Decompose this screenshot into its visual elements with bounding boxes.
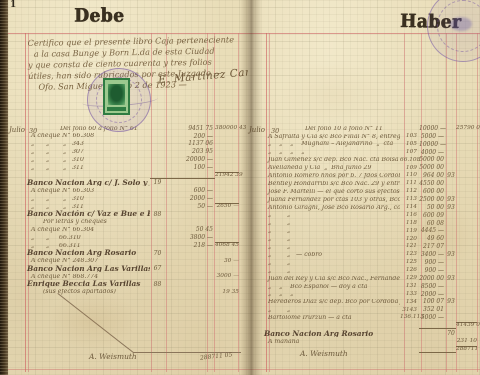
row-cheque-ref: 116 bbox=[400, 213, 419, 219]
row-cheque-ref: 105 bbox=[400, 142, 419, 148]
row-description: „ „ „ „ bbox=[248, 149, 400, 155]
row-amount: 50 45 bbox=[165, 227, 215, 233]
row-total: 41439 09 bbox=[456, 322, 477, 329]
ledger-row: „ „ „ Mugnani – Alejandrino „ cta 105 10… bbox=[248, 140, 480, 148]
ledger-row: A cheque N° 248.307 30 — bbox=[8, 257, 248, 265]
row-amount: 5000 00 bbox=[419, 157, 446, 163]
folio-number: 1 bbox=[10, 0, 16, 10]
ledger-row: Antonio Giraghi, José Bco Rosario Arg., … bbox=[248, 203, 480, 211]
row-amount: 4550 00 bbox=[419, 181, 446, 187]
row-amount: 3800 — bbox=[165, 235, 215, 241]
row-description: „ „ bbox=[248, 260, 400, 266]
row-folio-ref: 93 bbox=[446, 299, 456, 305]
ledger-row: Bentley Hondarribi s/c Bco Nac. 29 y ent… bbox=[248, 179, 480, 187]
row-description: „ „ „ 307 bbox=[8, 149, 150, 155]
row-description: „ „ bbox=[248, 228, 400, 234]
row-description: A cheque N° 66.308 bbox=[8, 133, 150, 139]
row-cheque-ref: 112 bbox=[400, 189, 419, 195]
row-description: Bentley Hondarribi s/c Bco Nac. 29 y ent… bbox=[248, 181, 400, 187]
row-total: 30 — bbox=[215, 259, 239, 265]
ledger-row: Herederos Díaz s/c dep. Bco por Córdoba … bbox=[248, 298, 480, 306]
row-amount: 2000 — bbox=[419, 292, 446, 298]
row-description: „ „ bbox=[248, 236, 400, 242]
ledger-row: Del folio 10 a folio N° 11 10000 — 25790… bbox=[248, 124, 480, 132]
ledger-row: Banco Nacion Arg Las Varillas 67 bbox=[8, 264, 248, 272]
row-cheque-ref: 136.113 bbox=[400, 315, 419, 321]
row-cheque-ref: 133 bbox=[400, 292, 419, 298]
ledger-row: Juana Fernández por ctas 103 y otras, Bc… bbox=[248, 195, 480, 203]
row-amount: 900 — bbox=[419, 268, 446, 274]
row-description: „ „ bbox=[248, 220, 400, 226]
row-folio-ref: 93 bbox=[446, 276, 456, 282]
row-cheque-ref: 3143 bbox=[400, 308, 419, 314]
ledger-row: A mañana 231 10 bbox=[248, 337, 480, 345]
row-folio-ref: 70 bbox=[150, 251, 165, 257]
row-amount bbox=[419, 352, 446, 353]
row-amount bbox=[165, 178, 215, 179]
row-folio-ref: 93 bbox=[446, 197, 456, 203]
row-amount: 60 08 bbox=[419, 221, 446, 227]
row-cheque-ref: 113 bbox=[400, 197, 419, 203]
row-description: Enrique Beccia Las Varillas bbox=[8, 280, 150, 287]
row-total: 3000 — bbox=[215, 274, 239, 280]
row-amount: 2000 — bbox=[165, 196, 215, 202]
row-amount: 5000 — bbox=[419, 315, 446, 321]
row-total: 21942 39 bbox=[215, 172, 239, 179]
seal-vignette bbox=[108, 84, 125, 105]
ledger-row: 41439 09 bbox=[248, 321, 480, 329]
ledger-row: Avellaneda y Cía „ Bna Junio 29 109 5000… bbox=[248, 163, 480, 171]
row-amount: 964 00 bbox=[419, 173, 446, 179]
ledger-row: „ „ 120 49 60 bbox=[248, 234, 480, 242]
ledger-row: „ „ „ 311 50 — 2650 — bbox=[8, 202, 248, 210]
row-amount: 5000 00 bbox=[419, 165, 446, 171]
ledger-row: „ „ „ 343 1137 06 bbox=[8, 140, 248, 148]
row-cheque-ref: 120 bbox=[400, 237, 419, 243]
row-amount: 600 09 bbox=[419, 213, 446, 219]
row-description: A cheque N° 66.303 bbox=[8, 188, 150, 194]
row-amount: 50 00 bbox=[419, 205, 446, 211]
ledger-page-haber: Haber Julio 30 Del folio 10 a folio N° 1… bbox=[248, 0, 480, 375]
row-folio-ref: 88 bbox=[150, 282, 165, 288]
row-description: Juan Giménez s/c dep. Bco Nac. cta Bolsa… bbox=[248, 157, 400, 163]
page-heading-debe: Debe bbox=[74, 5, 124, 27]
row-amount: 200 — bbox=[165, 134, 215, 140]
row-cheque-ref: 111 bbox=[400, 181, 419, 187]
row-description: „ „ „ 310 bbox=[8, 157, 150, 163]
ledger-row: „ „ 121 217 07 bbox=[248, 242, 480, 250]
row-amount: 2500 00 bbox=[419, 197, 446, 203]
row-cheque-ref: 131 bbox=[400, 284, 419, 290]
row-description: Antonio Giraghi, José Bco Rosario Arg., … bbox=[248, 205, 400, 211]
ledger-row: „ „ „ „ 107 4000 — bbox=[248, 148, 480, 156]
row-total: 4068 45 bbox=[215, 242, 239, 249]
row-cheque-ref: 123 bbox=[400, 252, 419, 258]
row-description: Banco Nacion Arg c/ J. Solo y J. Basa bbox=[8, 179, 150, 186]
ledger-rows-debe: Del folio 60 a folio N° 61 9451 75 38000… bbox=[8, 124, 248, 296]
row-folio-ref: 93 bbox=[446, 173, 456, 179]
row-folio-ref: 19 bbox=[150, 180, 165, 186]
row-cheque-ref: 134 bbox=[400, 300, 419, 306]
row-total: 2650 — bbox=[215, 203, 239, 210]
row-cheque-ref: 126 bbox=[400, 268, 419, 274]
ledger-row: (sus efectos apartados) 19 35 bbox=[8, 288, 248, 296]
ledger-row: Por letras y cheques bbox=[8, 218, 248, 226]
ledger-row: „ „ „ 310 2000 — bbox=[8, 194, 248, 202]
ledger-row: „ „ — cobró 123 3400 — 93 bbox=[248, 250, 480, 258]
row-folio-ref: 93 bbox=[446, 205, 456, 211]
ledger-row: „ „ 126 900 — bbox=[248, 266, 480, 274]
ledger-row: „ „ 125 900 — bbox=[248, 258, 480, 266]
ledger-row: Banco Nacion Arg c/ J. Solo y J. Basa 19 bbox=[8, 179, 248, 187]
row-folio-ref bbox=[446, 328, 456, 329]
row-cheque-ref: 107 bbox=[400, 150, 419, 156]
row-description: „ „ „ 310 bbox=[8, 196, 150, 202]
row-amount: 1137 06 bbox=[165, 141, 215, 147]
row-total: 19 35 bbox=[215, 290, 239, 296]
ledger-row: „ „ „ 307 203 95 bbox=[8, 147, 248, 155]
ledger-row: „ „ „ 133 2000 — bbox=[248, 290, 480, 298]
row-total: 380000 43 bbox=[215, 126, 239, 132]
page-gutter-shadow bbox=[240, 0, 262, 375]
row-folio-ref: 70 bbox=[446, 331, 456, 337]
ledger-rows-haber: Del folio 10 a folio N° 11 10000 — 25790… bbox=[248, 124, 480, 353]
ledger-row: „ „ 116 600 09 bbox=[248, 211, 480, 219]
row-amount: 600 00 bbox=[419, 189, 446, 195]
ledger-row: Banco Nación c/ Vaz e Bue e Beccia 88 bbox=[8, 210, 248, 218]
row-amount: 10000 — bbox=[419, 142, 446, 148]
row-description: A mañana bbox=[248, 339, 400, 345]
row-description: „ „ bbox=[248, 307, 400, 313]
row-cheque-ref: 110 bbox=[400, 173, 419, 179]
row-description: (sus efectos apartados) bbox=[8, 289, 150, 295]
ledger-row: „ „ „ 310 20000 — bbox=[8, 155, 248, 163]
row-description: Por letras y cheques bbox=[8, 219, 150, 225]
row-amount: 600 — bbox=[165, 188, 215, 194]
row-description: „ „ bbox=[248, 244, 400, 250]
row-description: „ „ „ Mugnani – Alejandrino „ cta bbox=[248, 141, 400, 147]
row-total: 25790 08 bbox=[456, 126, 477, 132]
revenue-seal-icon bbox=[103, 78, 130, 115]
row-description: „ „ „ bbox=[248, 291, 400, 297]
row-folio-ref: 67 bbox=[150, 266, 165, 272]
row-amount: 8500 — bbox=[419, 284, 446, 290]
bottom-rule bbox=[8, 369, 248, 370]
row-description: A cheque N° 248.307 bbox=[8, 258, 150, 264]
row-amount: 352 01 bbox=[419, 307, 446, 313]
row-description: „ „ bbox=[248, 268, 400, 274]
row-amount: 900 — bbox=[419, 260, 446, 266]
ledger-row: „ „ 118 60 08 bbox=[248, 219, 480, 227]
ledger-row: „ „ „ 311 100 — bbox=[8, 163, 248, 171]
row-amount: 50 — bbox=[165, 204, 215, 210]
row-description: A cheque N° 868.774 bbox=[8, 274, 150, 280]
ledger-row: José F. Martelli — el que cortó sus efec… bbox=[248, 187, 480, 195]
ledger-row: A Safralta y Cía s/c Bco Filial N° 8, en… bbox=[248, 132, 480, 140]
row-description: A cheque N° 66.304 bbox=[8, 227, 150, 233]
row-description: Banco Nacion Arg Rosario bbox=[8, 249, 150, 256]
row-cheque-ref: 121 bbox=[400, 244, 419, 250]
row-description: „ „ „ 311 bbox=[8, 165, 150, 171]
row-amount: 2000 00 bbox=[419, 276, 446, 282]
ledger-row: „ „ 66.310 3800 — bbox=[8, 233, 248, 241]
row-folio-ref: 88 bbox=[150, 212, 165, 218]
ledger-row: A cheque N° 66.308 200 — bbox=[8, 132, 248, 140]
ledger-row: Banco Nacion Arg Rosario 70 bbox=[248, 329, 480, 337]
row-description: Juan del Rey y Cía s/c Bco Nac., Fernánd… bbox=[248, 276, 400, 282]
row-description: Bartolomé Irurzun — a cta bbox=[248, 315, 400, 321]
book-binding bbox=[0, 0, 8, 375]
row-amount: 10000 — bbox=[419, 126, 446, 132]
ledger-row: Bartolomé Irurzun — a cta 136.113 5000 — bbox=[248, 313, 480, 321]
row-description: „ „ Bco Español — doy a cta bbox=[248, 284, 400, 290]
ledger-row: Antonio Romero hnos por b. 7 fdos Córdob… bbox=[248, 171, 480, 179]
row-amount: 203 95 bbox=[165, 149, 215, 155]
row-folio-ref bbox=[446, 352, 456, 353]
row-folio-ref: 93 bbox=[446, 252, 456, 258]
row-cheque-ref: 118 bbox=[400, 221, 419, 227]
ledger-row: A cheque N° 868.774 3000 — bbox=[8, 272, 248, 280]
row-cheque-ref: 109 bbox=[400, 166, 419, 172]
row-description: Del folio 10 a folio N° 11 bbox=[248, 126, 400, 132]
ledger-row: „ „ 3143 352 01 bbox=[248, 305, 480, 313]
row-total: 231 10 bbox=[456, 339, 477, 345]
row-description: „ „ — cobró bbox=[248, 252, 400, 258]
ledger-row: „ „ 66.311 218 — 4068 45 bbox=[8, 241, 248, 249]
row-amount: 9451 75 bbox=[165, 126, 215, 132]
row-amount: 218 — bbox=[165, 243, 215, 249]
row-amount: 4000 — bbox=[419, 150, 446, 156]
row-amount bbox=[419, 328, 446, 329]
seal-band bbox=[107, 107, 126, 111]
row-description: „ „ bbox=[248, 212, 400, 218]
ledger-page-debe: 1 Debe Certifico que el presente libro C… bbox=[8, 0, 248, 375]
row-description: Banco Nacion Arg Las Varillas bbox=[8, 265, 150, 272]
ledger-row: Enrique Beccia Las Varillas 88 bbox=[8, 280, 248, 288]
ledger-row: Banco Nacion Arg Rosario 70 bbox=[8, 249, 248, 257]
ledger-row: „ „ Bco Español — doy a cta 131 8500 — bbox=[248, 282, 480, 290]
row-description: Antonio Romero hnos por b. 7 fdos Córdob… bbox=[248, 173, 400, 179]
ledger-row: „ „ 119 4445 — bbox=[248, 227, 480, 235]
ledger-row: Juan Giménez s/c dep. Bco Nac. cta Bolsa… bbox=[248, 156, 480, 164]
ledger-row: A cheque N° 66.303 600 — bbox=[8, 186, 248, 194]
ledger-row: 21942 39 bbox=[8, 171, 248, 179]
row-amount: 3400 — bbox=[419, 252, 446, 258]
row-amount: 20000 — bbox=[165, 157, 215, 163]
row-amount: 100 07 bbox=[419, 299, 446, 305]
row-description: „ „ 66.311 bbox=[8, 243, 150, 249]
ledger-row: Juan del Rey y Cía s/c Bco Nac., Fernánd… bbox=[248, 274, 480, 282]
row-amount: 217 07 bbox=[419, 244, 446, 250]
stamp-center-blob bbox=[450, 17, 472, 31]
row-description: Banco Nacion Arg Rosario bbox=[248, 330, 400, 337]
closing-signature: A. Weismuth bbox=[300, 349, 348, 358]
row-cheque-ref: 66.108 bbox=[400, 158, 419, 164]
row-description: A Safralta y Cía s/c Bco Filial N° 8, en… bbox=[248, 134, 400, 140]
row-description: José F. Martelli — el que cortó sus efec… bbox=[248, 189, 400, 195]
row-amount: 4445 — bbox=[419, 228, 446, 234]
row-description: „ „ „ 311 bbox=[8, 204, 150, 210]
row-cheque-ref: 114 bbox=[400, 205, 419, 211]
row-description: Herederos Díaz s/c dep. Bco por Córdoba … bbox=[248, 299, 400, 305]
ledger-row: 288711 05 bbox=[248, 345, 480, 353]
row-cheque-ref: 125 bbox=[400, 260, 419, 266]
ledger-row: A cheque N° 66.304 50 45 bbox=[8, 225, 248, 233]
row-description: Avellaneda y Cía „ Bna Junio 29 bbox=[248, 165, 400, 171]
row-cheque-ref: 119 bbox=[400, 229, 419, 235]
row-description: „ „ 66.310 bbox=[8, 235, 150, 241]
row-cheque-ref: 129 bbox=[400, 276, 419, 282]
row-description: „ „ „ 343 bbox=[8, 141, 150, 147]
row-total: 288711 05 bbox=[456, 346, 477, 353]
row-amount: 100 — bbox=[165, 165, 215, 171]
closing-signature: A. Weismuth bbox=[89, 352, 137, 361]
row-amount: 49 60 bbox=[419, 236, 446, 242]
row-description: Banco Nación c/ Vaz e Bue e Beccia bbox=[8, 210, 150, 217]
row-description: Juana Fernández por ctas 103 y otras, Bc… bbox=[248, 197, 400, 203]
row-amount: 5000 — bbox=[419, 134, 446, 140]
row-cheque-ref: 103 bbox=[400, 134, 419, 140]
